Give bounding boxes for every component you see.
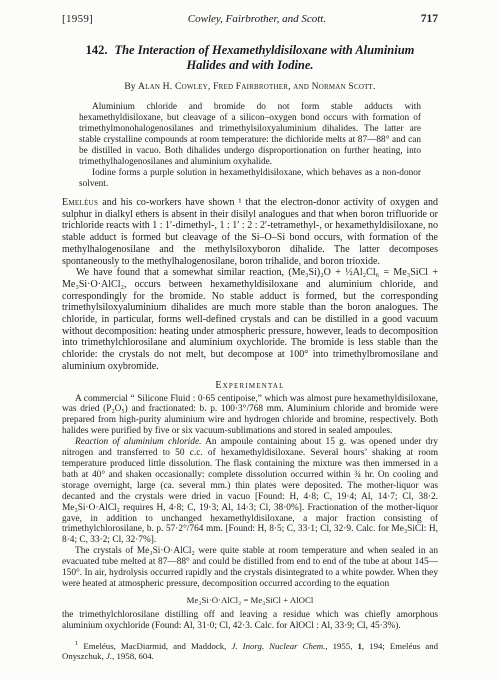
footnote-text-2: , 1955, — [325, 641, 357, 651]
experimental-paragraph-1: A commercial “ Silicone Fluid : 0·65 cen… — [62, 394, 438, 438]
journal-page: [1959] Cowley, Fairbrother, and Scott. 7… — [0, 0, 500, 679]
byline-authors: Alan H. Cowley, Fred Fairbrother, and No… — [138, 81, 376, 92]
experimental-paragraph-2: Reaction of aluminium chloride. An ampou… — [62, 437, 438, 546]
abstract-block: Aluminium chloride and bromide do not fo… — [62, 102, 438, 190]
footnote-text-1: Emeléus, MacDiarmid, and Maddock, — [78, 641, 231, 651]
body-paragraph-1-rest: and his co-workers have shown ¹ that the… — [62, 197, 438, 267]
article-body: Emeléus and his co-workers have shown ¹ … — [62, 197, 438, 373]
body-paragraph-1: Emeléus and his co-workers have shown ¹ … — [62, 197, 438, 267]
article-title-line1: 142.The Interaction of Hexamethyldisilox… — [62, 43, 438, 58]
experimental-section: A commercial “ Silicone Fluid : 0·65 cen… — [62, 394, 438, 632]
footnote-journal-1: J. Inorg. Nuclear Chem. — [231, 641, 325, 651]
year-label: [1959] — [62, 13, 93, 26]
footnote: 1 Emeléus, MacDiarmid, and Maddock, J. I… — [62, 641, 438, 661]
abstract-paragraph-1: Aluminium chloride and bromide do not fo… — [79, 102, 421, 168]
article-title-text2: Halides and with Iodine. — [62, 58, 438, 73]
article-title: 142.The Interaction of Hexamethyldisilox… — [62, 43, 438, 72]
footnote-text-4: , 1958, 604. — [112, 651, 154, 661]
running-header: [1959] Cowley, Fairbrother, and Scott. 7… — [62, 13, 438, 26]
body-paragraph-1-lead: Emeléus — [62, 197, 98, 208]
page-number: 717 — [421, 13, 438, 26]
experimental-paragraph-3: The crystals of Me₃Si·O·AlCl₂ were quite… — [62, 546, 438, 590]
experimental-heading: Experimental — [62, 380, 438, 391]
experimental-paragraph-4: the trimethylchlorosilane distilling off… — [62, 610, 438, 632]
abstract-paragraph-2: Iodine forms a purple solution in hexame… — [79, 168, 421, 190]
experimental-paragraph-2-lead: Reaction of aluminium chloride. — [75, 437, 201, 447]
running-title: Cowley, Fairbrother, and Scott. — [188, 13, 326, 26]
article-number: 142. — [86, 43, 108, 57]
byline-intro: By — [124, 81, 138, 92]
experimental-paragraph-2-rest: An ampoule containing about 15 g. was op… — [62, 437, 438, 545]
body-paragraph-2: We have found that a somewhat similar re… — [62, 267, 438, 372]
byline: By Alan H. Cowley, Fred Fairbrother, and… — [62, 81, 438, 92]
chemical-equation: Me₃Si·O·AlCl₂ = Me₃SiCl + AlOCl — [62, 595, 438, 605]
article-title-text1: The Interaction of Hexamethyldisiloxane … — [114, 43, 414, 57]
